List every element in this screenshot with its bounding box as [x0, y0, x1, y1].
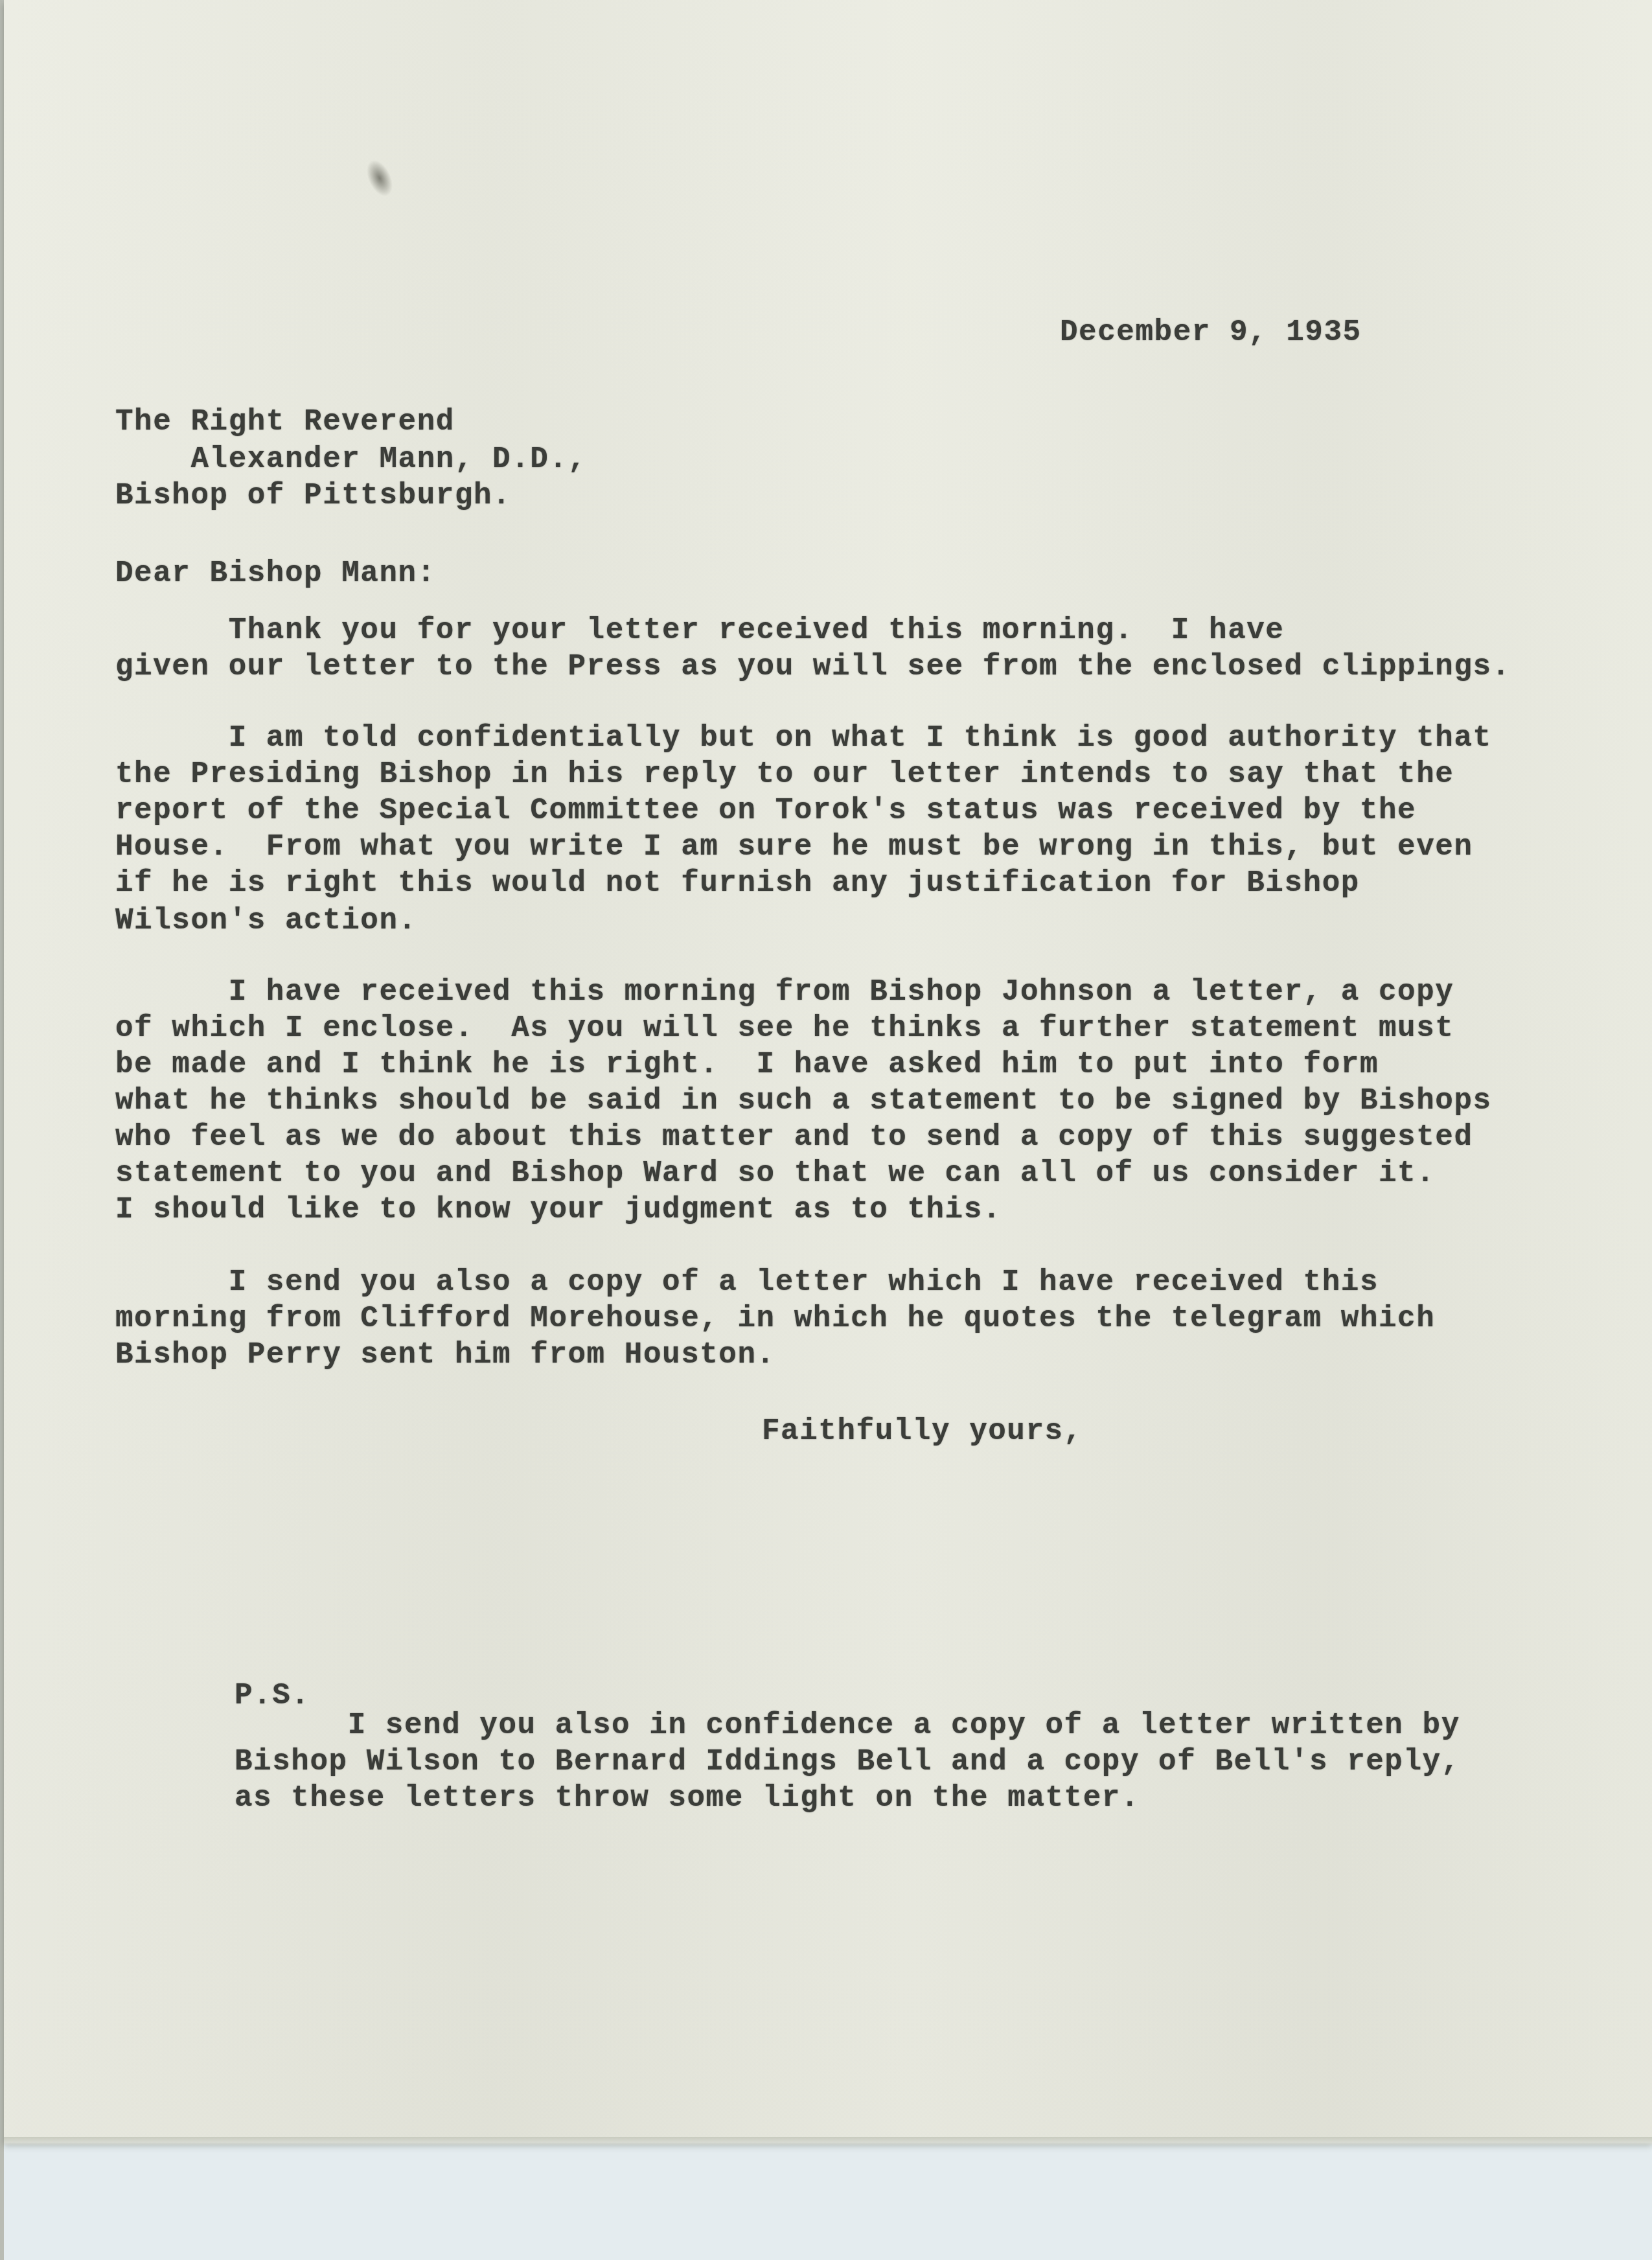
letter-date: December 9, 1935	[1060, 317, 1362, 347]
paper-bottom-edge-shadow	[4, 2137, 1652, 2146]
paragraph-2-line-1: I am told confidentially but on what I t…	[115, 723, 1492, 753]
postscript-line-1: I send you also in confidence a copy of …	[235, 1711, 1460, 1740]
paper-crease-mark	[358, 152, 401, 204]
paragraph-3-line-4: what he thinks should be said in such a …	[115, 1086, 1492, 1116]
paragraph-2-line-4: House. From what you write I am sure he …	[115, 832, 1473, 862]
address-line-3: Bishop of Pittsburgh.	[115, 481, 511, 511]
paragraph-1-line-1: Thank you for your letter received this …	[115, 616, 1284, 645]
closing: Faithfully yours,	[762, 1416, 1083, 1446]
paragraph-3-line-3: be made and I think he is right. I have …	[115, 1050, 1379, 1079]
paragraph-3-line-5: who feel as we do about this matter and …	[115, 1122, 1473, 1152]
paragraph-4-line-2: morning from Clifford Morehouse, in whic…	[115, 1304, 1435, 1333]
postscript-label: P.S.	[235, 1681, 310, 1711]
paragraph-2-line-5: if he is right this would not furnish an…	[115, 868, 1360, 898]
paragraph-1-line-2: given our letter to the Press as you wil…	[115, 652, 1511, 682]
paragraph-3-line-7: I should like to know your judgment as t…	[115, 1195, 1002, 1225]
paragraph-3-line-1: I have received this morning from Bishop…	[115, 977, 1454, 1007]
paragraph-4-line-3: Bishop Perry sent him from Houston.	[115, 1340, 775, 1370]
paragraph-2-line-6: Wilson's action.	[115, 906, 417, 936]
paragraph-4-line-1: I send you also a copy of a letter which…	[115, 1267, 1379, 1297]
paragraph-2-line-3: report of the Special Committee on Torok…	[115, 796, 1416, 825]
address-line-2: Alexander Mann, D.D.,	[115, 444, 587, 474]
paragraph-3-line-2: of which I enclose. As you will see he t…	[115, 1013, 1454, 1043]
salutation: Dear Bishop Mann:	[115, 559, 436, 588]
address-line-1: The Right Reverend	[115, 407, 455, 437]
paragraph-3-line-6: statement to you and Bishop Ward so that…	[115, 1159, 1435, 1188]
postscript-line-3: as these letters throw some light on the…	[235, 1783, 1140, 1813]
postscript-line-2: Bishop Wilson to Bernard Iddings Bell an…	[235, 1747, 1460, 1777]
paragraph-2-line-2: the Presiding Bishop in his reply to our…	[115, 759, 1454, 789]
